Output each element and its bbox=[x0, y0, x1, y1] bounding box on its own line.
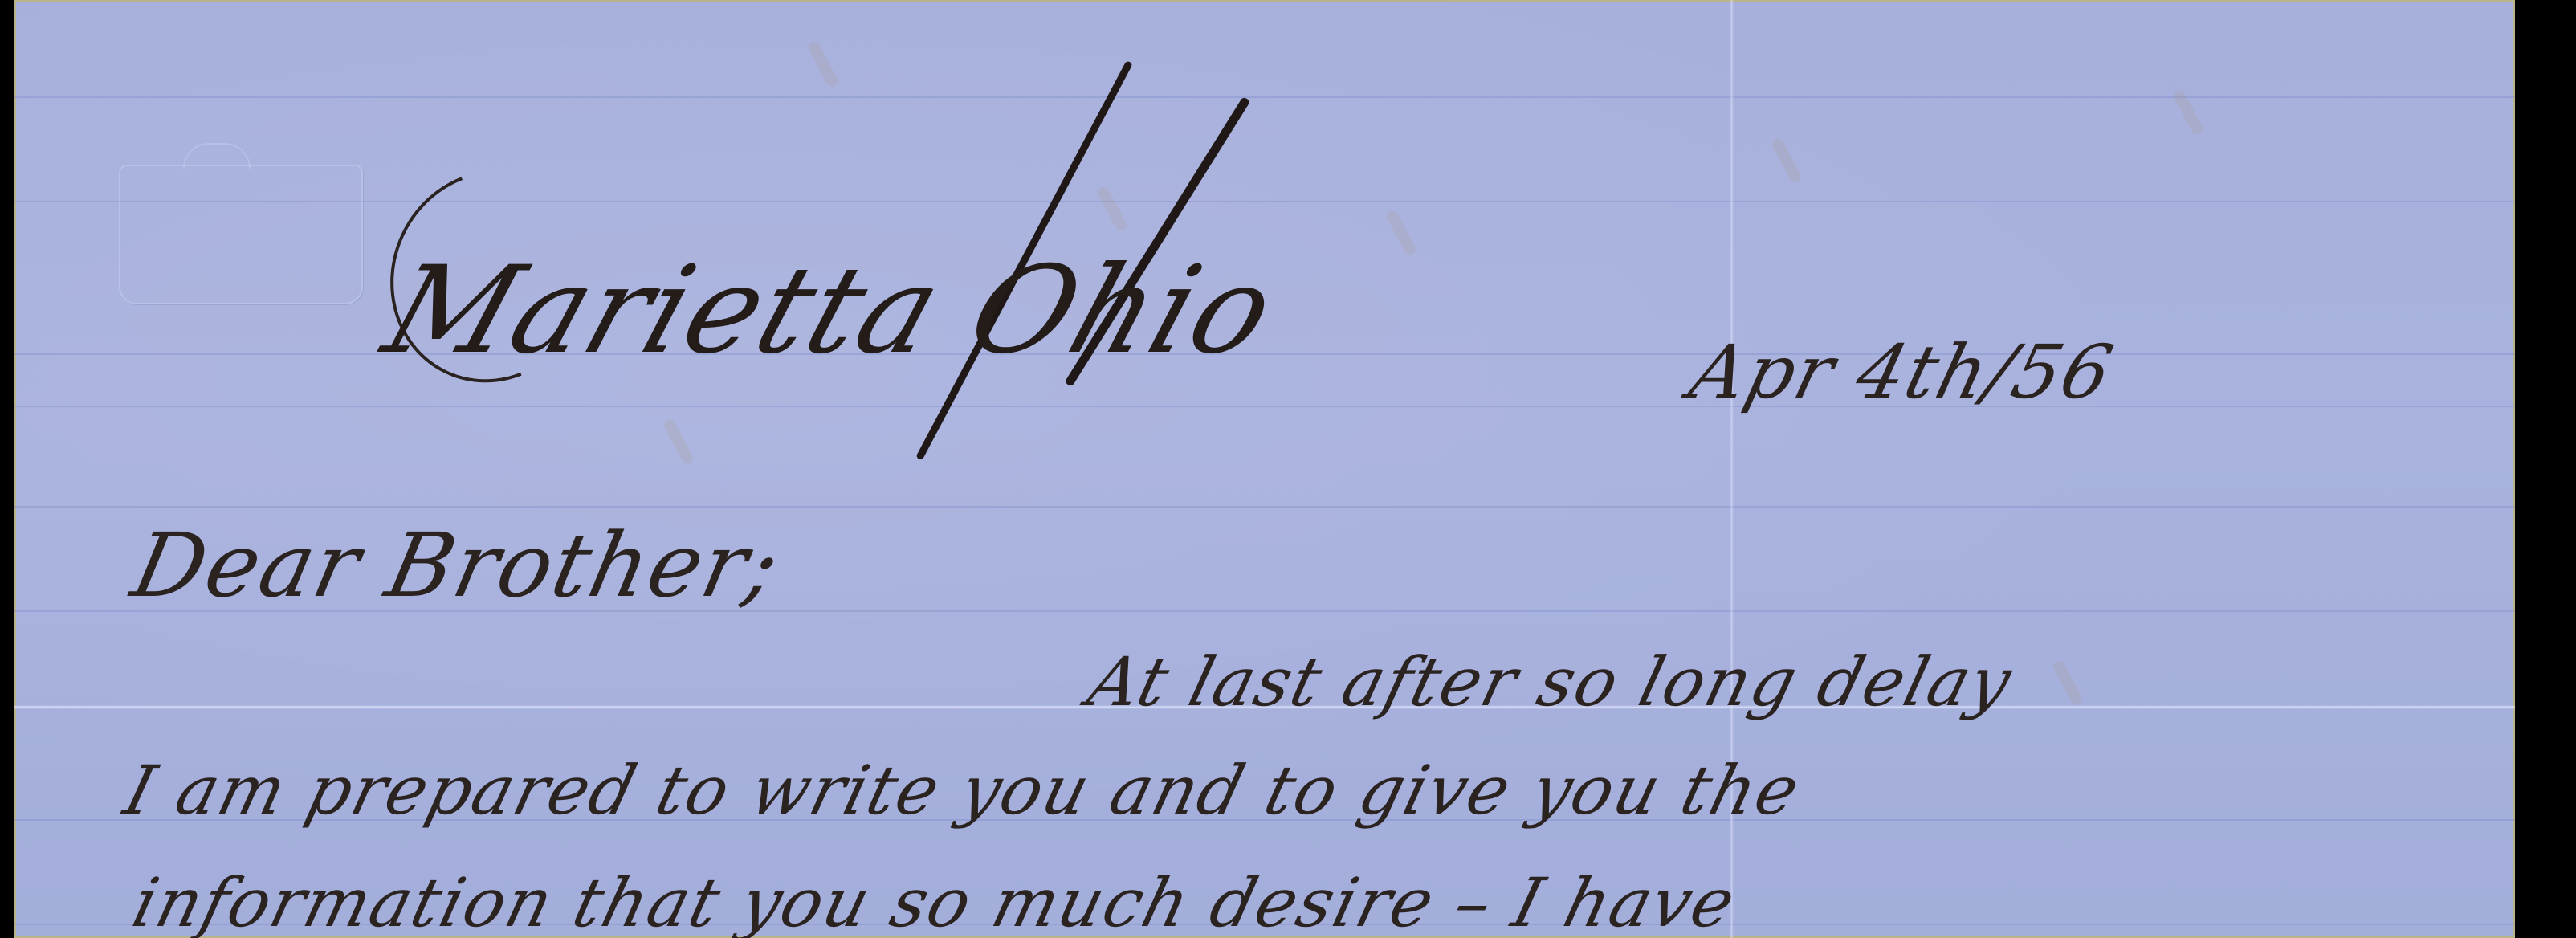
ruled-line bbox=[14, 201, 2515, 202]
stain-mark bbox=[2052, 659, 2085, 707]
embossed-stamp bbox=[119, 165, 363, 304]
stain-mark bbox=[1771, 137, 1804, 185]
body-line-3: information that you so much desire – I … bbox=[125, 863, 1744, 938]
letter-salutation: Dear Brother; bbox=[124, 514, 789, 617]
stain-mark bbox=[1385, 209, 1418, 257]
body-line-1: At last after so long delay bbox=[1081, 642, 2020, 721]
ruled-line bbox=[14, 406, 2515, 407]
letter-page: Marietta Ohio Apr 4th/56 Dear Brother; A… bbox=[14, 0, 2515, 938]
ruled-line bbox=[14, 506, 2515, 508]
letter-place: Marietta Ohio bbox=[369, 241, 1293, 381]
stain-mark bbox=[1096, 185, 1129, 233]
body-line-2: I am prepared to write you and to give y… bbox=[117, 751, 1808, 830]
stain-mark bbox=[662, 418, 695, 466]
scan-border-left bbox=[0, 0, 14, 938]
scan-border-right bbox=[2515, 0, 2576, 938]
stain-mark bbox=[807, 40, 840, 88]
ruled-line bbox=[14, 96, 2515, 98]
letter-date: Apr 4th/56 bbox=[1682, 329, 2122, 415]
